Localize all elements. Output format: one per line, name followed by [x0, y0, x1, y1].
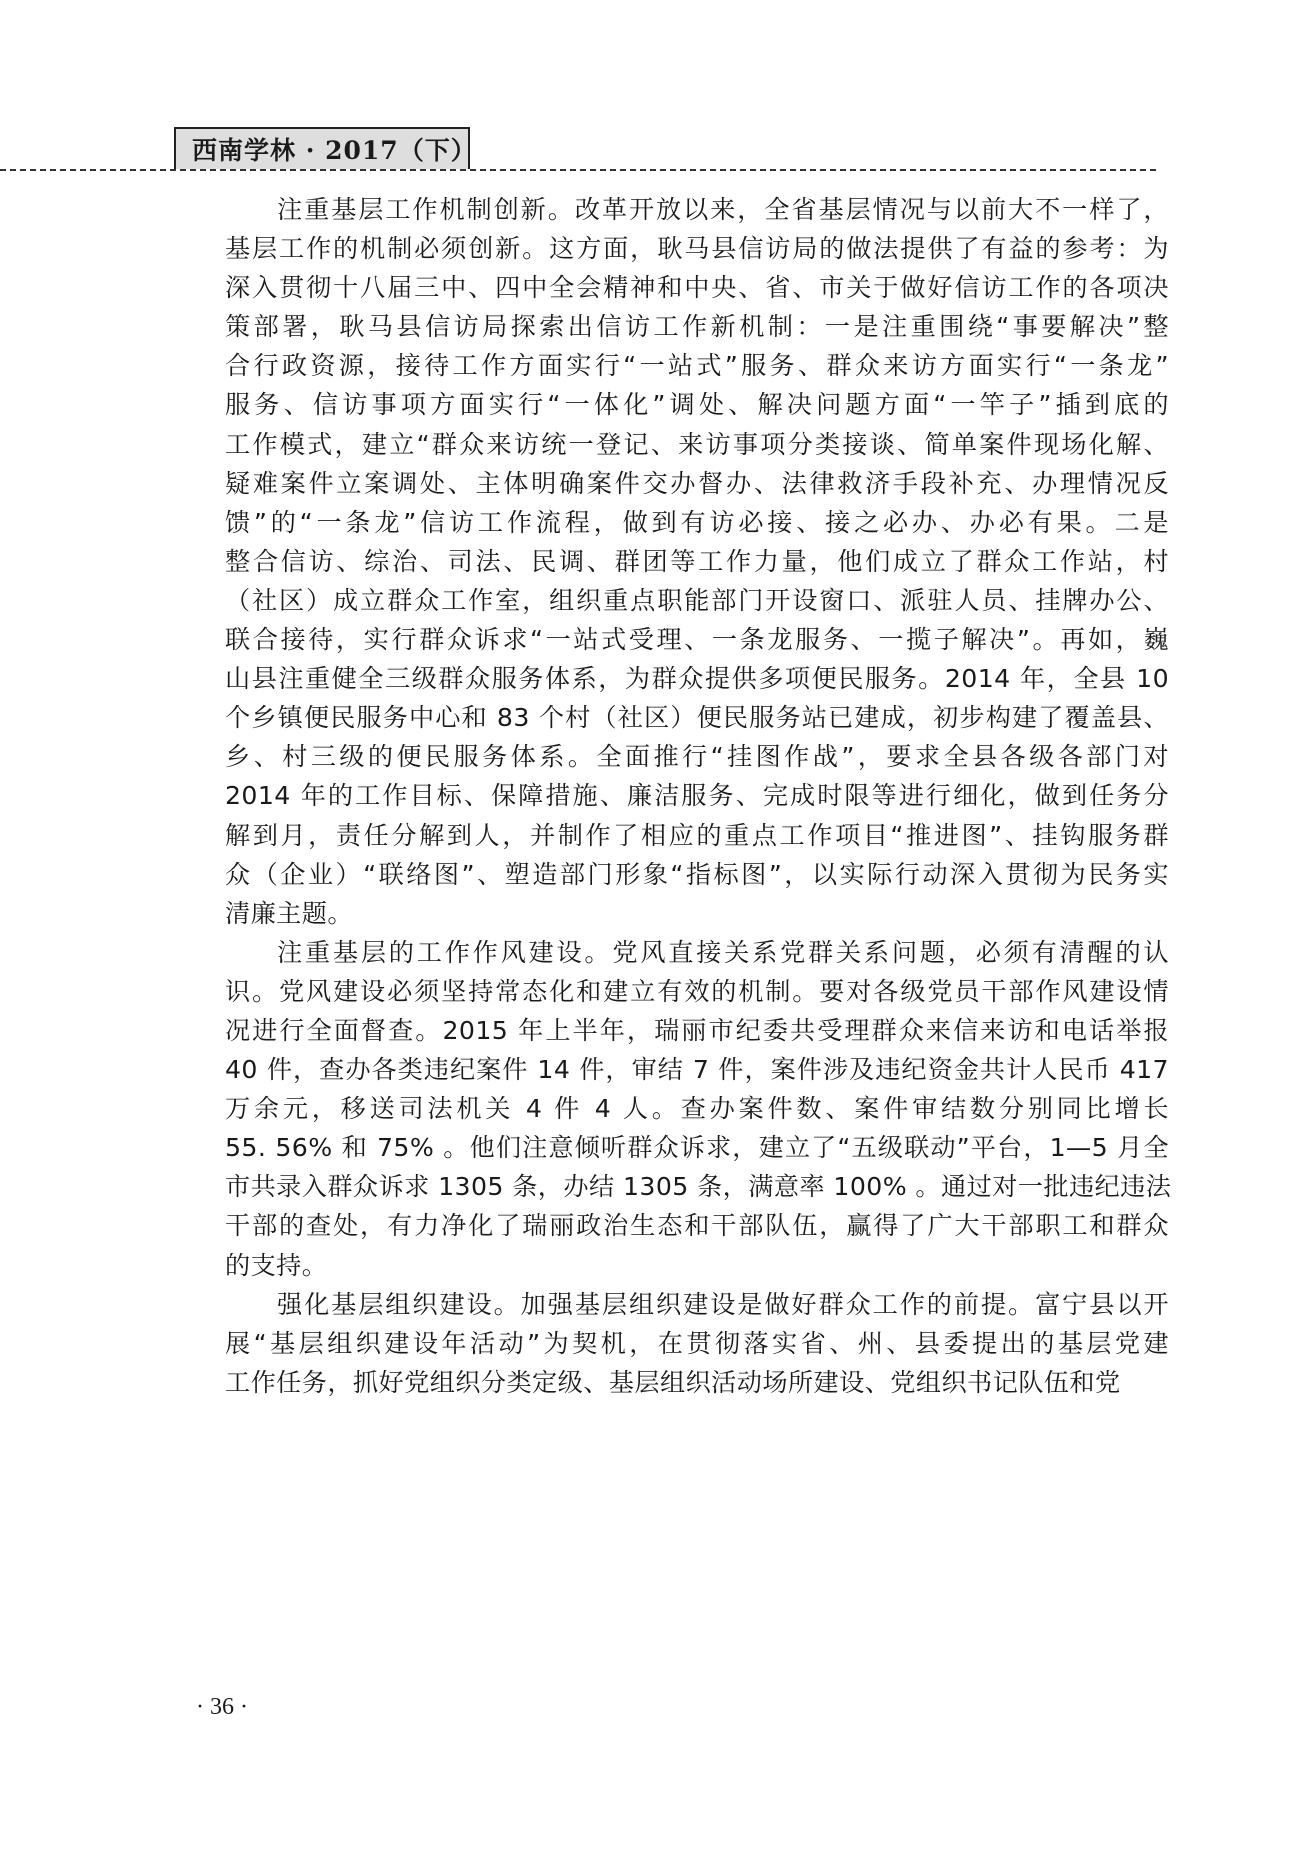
paragraph: 注重基层工作机制创新。改革开放以来，全省基层情况与以前大不一样了，基层工作的机制… [173, 190, 1169, 933]
text-line: 展“基层组织建设年活动”为契机，在贯彻落实省、州、县委提出的基层党建 [173, 1324, 1169, 1363]
text-line: 55. 56% 和 75% 。他们注意倾听群众诉求，建立了“五级联动”平台，1—… [173, 1128, 1169, 1167]
text-line: 况进行全面督查。2015 年上半年，瑞丽市纪委共受理群众来信来访和电话举报 [173, 1011, 1169, 1050]
text-line: 疑难案件立案调处、主体明确案件交办督办、法律救济手段补充、办理情况反 [173, 464, 1169, 503]
text-line: 40 件，查办各类违纪案件 14 件，审结 7 件，案件涉及违纪资金共计人民币 … [173, 1050, 1169, 1089]
text-line: 的支持。 [173, 1246, 1169, 1285]
text-line: 注重基层的工作作风建设。党风直接关系党群关系问题，必须有清醒的认 [173, 933, 1169, 972]
text-line: 乡、村三级的便民服务体系。全面推行“挂图作战”，要求全县各级各部门对 [173, 737, 1169, 776]
text-line: 干部的查处，有力净化了瑞丽政治生态和干部队伍，赢得了广大干部职工和群众 [173, 1206, 1169, 1245]
text-line: 合行政资源，接待工作方面实行“一站式”服务、群众来访方面实行“一条龙” [173, 346, 1169, 385]
paragraph: 注重基层的工作作风建设。党风直接关系党群关系问题，必须有清醒的认识。党风建设必须… [173, 933, 1169, 1285]
text-line: 2014 年的工作目标、保障措施、廉洁服务、完成时限等进行细化，做到任务分 [173, 776, 1169, 815]
running-header-box: 西南学林 · 2017（下） [174, 127, 470, 169]
text-line: 市共录入群众诉求 1305 条，办结 1305 条，满意率 100% 。通过对一… [173, 1167, 1169, 1206]
text-line: （社区）成立群众工作室，组织重点职能部门开设窗口、派驻人员、挂牌办公、 [173, 581, 1169, 620]
text-line: 整合信访、综治、司法、民调、群团等工作力量，他们成立了群众工作站，村 [173, 542, 1169, 581]
text-line: 联合接待，实行群众诉求“一站式受理、一条龙服务、一揽子解决”。再如，巍 [173, 620, 1169, 659]
text-line: 服务、信访事项方面实行“一体化”调处、解决问题方面“一竿子”插到底的 [173, 385, 1169, 424]
header-dashed-divider [0, 169, 1156, 171]
text-line: 清廉主题。 [173, 894, 1169, 933]
page-number: · 36 · [196, 1694, 248, 1721]
text-line: 万余元，移送司法机关 4 件 4 人。查办案件数、案件审结数分别同比增长 [173, 1089, 1169, 1128]
text-line: 工作模式，建立“群众来访统一登记、来访事项分类接谈、简单案件现场化解、 [173, 425, 1169, 464]
text-line: 注重基层工作机制创新。改革开放以来，全省基层情况与以前大不一样了， [173, 190, 1169, 229]
text-line: 馈”的“一条龙”信访工作流程，做到有访必接、接之必办、办必有果。二是 [173, 503, 1169, 542]
journal-title: 西南学林 · 2017（下） [192, 131, 477, 167]
text-line: 策部署，耿马县信访局探索出信访工作新机制：一是注重围绕“事要解决”整 [173, 307, 1169, 346]
text-line: 众（企业）“联络图”、塑造部门形象“指标图”，以实际行动深入贯彻为民务实 [173, 855, 1169, 894]
paragraph: 强化基层组织建设。加强基层组织建设是做好群众工作的前提。富宁县以开展“基层组织建… [173, 1285, 1169, 1402]
text-line: 解到月，责任分解到人，并制作了相应的重点工作项目“推进图”、挂钩服务群 [173, 816, 1169, 855]
text-line: 识。党风建设必须坚持常态化和建立有效的机制。要对各级党员干部作风建设情 [173, 972, 1169, 1011]
text-line: 深入贯彻十八届三中、四中全会精神和中央、省、市关于做好信访工作的各项决 [173, 268, 1169, 307]
text-line: 强化基层组织建设。加强基层组织建设是做好群众工作的前提。富宁县以开 [173, 1285, 1169, 1324]
text-line: 工作任务，抓好党组织分类定级、基层组织活动场所建设、党组织书记队伍和党 [173, 1363, 1169, 1402]
text-line: 基层工作的机制必须创新。这方面，耿马县信访局的做法提供了有益的参考：为 [173, 229, 1169, 268]
text-line: 山县注重健全三级群众服务体系，为群众提供多项便民服务。2014 年，全县 10 [173, 659, 1169, 698]
text-line: 个乡镇便民服务中心和 83 个村（社区）便民服务站已建成，初步构建了覆盖县、 [173, 698, 1169, 737]
article-body: 注重基层工作机制创新。改革开放以来，全省基层情况与以前大不一样了，基层工作的机制… [173, 190, 1169, 1402]
